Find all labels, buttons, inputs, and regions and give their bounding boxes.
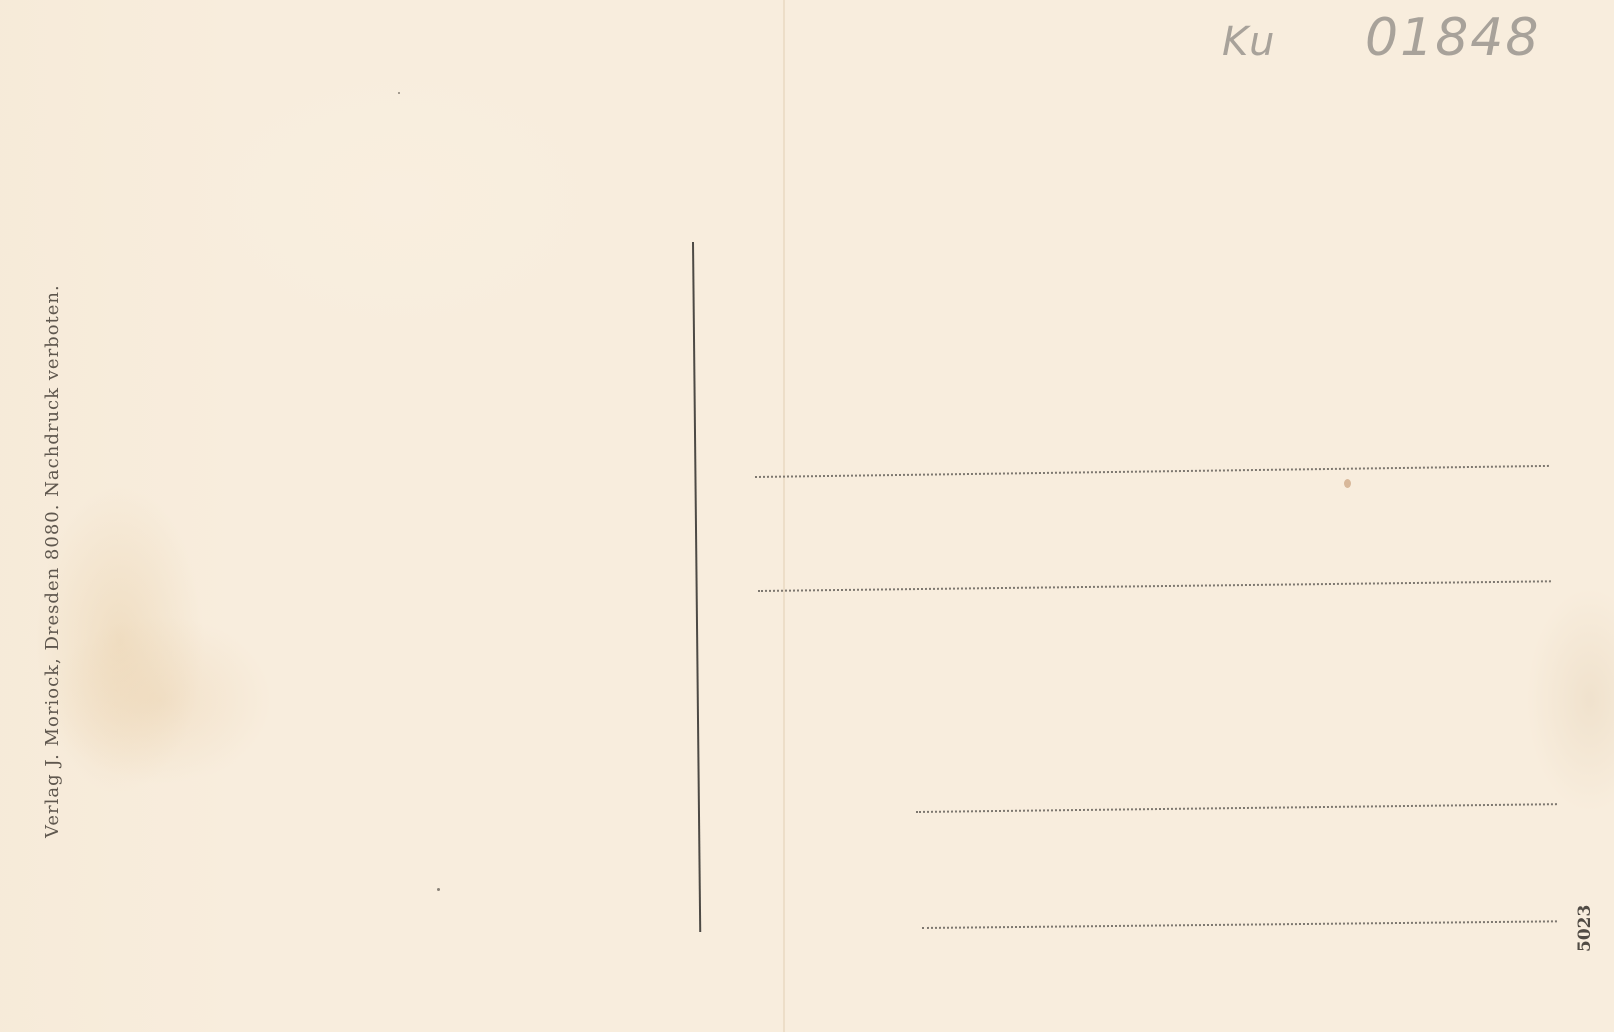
handwritten-note: Ku 01848: [1222, 8, 1540, 68]
center-fold: [783, 0, 785, 1032]
publisher-imprint: Verlag J. Moriock, Dresden 8080. Nachdru…: [42, 284, 63, 838]
paper-speck: [398, 92, 400, 94]
address-line-3: [916, 803, 1557, 813]
paper-speck: [1344, 479, 1351, 488]
serial-number: 5023: [1575, 905, 1595, 952]
address-line-1: [755, 465, 1549, 478]
postcard-back: Verlag J. Moriock, Dresden 8080. Nachdru…: [0, 0, 1614, 1032]
paper-speck: [437, 888, 440, 891]
message-address-divider: [692, 242, 701, 932]
address-line-2: [758, 580, 1551, 592]
address-line-4: [922, 920, 1557, 929]
handwritten-signature: Ku: [1222, 19, 1277, 65]
handwritten-number: 01848: [1365, 8, 1540, 68]
